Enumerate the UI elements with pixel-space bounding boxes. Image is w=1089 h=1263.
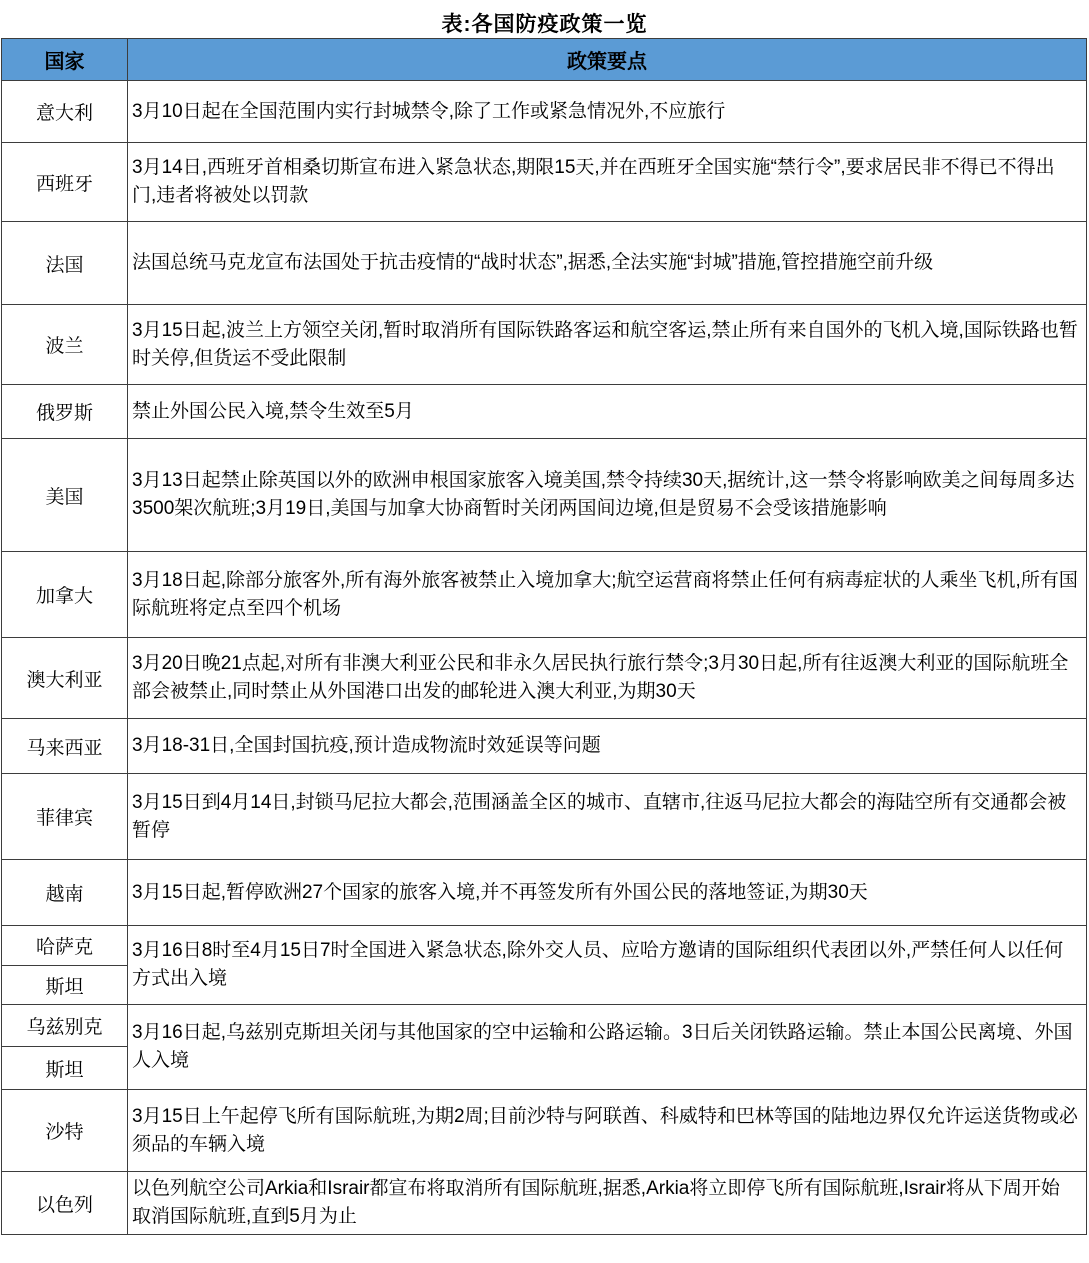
table-row: 法国法国总统马克龙宣布法国处于抗击疫情的“战时状态”,据悉,全法实施“封城”措施… <box>2 222 1087 305</box>
table-row: 以色列以色列航空公司Arkia和Israir都宣布将取消所有国际航班,据悉,Ar… <box>2 1172 1087 1235</box>
country-cell: 斯坦 <box>2 1047 128 1090</box>
country-cell: 越南 <box>2 860 128 926</box>
country-cell: 意大利 <box>2 81 128 143</box>
policy-cell: 3月15日到4月14日,封锁马尼拉大都会,范围涵盖全区的城市、直辖市,往返马尼拉… <box>128 774 1087 860</box>
policy-cell: 3月20日晚21点起,对所有非澳大利亚公民和非永久居民执行旅行禁令;3月30日起… <box>128 638 1087 719</box>
country-cell: 哈萨克 <box>2 926 128 966</box>
country-cell: 乌兹别克 <box>2 1005 128 1047</box>
table-row: 沙特3月15日上午起停飞所有国际航班,为期2周;目前沙特与阿联酋、科威特和巴林等… <box>2 1090 1087 1172</box>
policy-cell: 以色列航空公司Arkia和Israir都宣布将取消所有国际航班,据悉,Arkia… <box>128 1172 1087 1235</box>
country-cell: 法国 <box>2 222 128 305</box>
country-cell: 俄罗斯 <box>2 385 128 439</box>
table-row: 乌兹别克3月16日起,乌兹别克斯坦关闭与其他国家的空中运输和公路运输。3日后关闭… <box>2 1005 1087 1047</box>
table-row: 加拿大3月18日起,除部分旅客外,所有海外旅客被禁止入境加拿大;航空运营商将禁止… <box>2 552 1087 638</box>
table-row: 西班牙3月14日,西班牙首相桑切斯宣布进入紧急状态,期限15天,并在西班牙全国实… <box>2 143 1087 222</box>
page-title: 表:各国防疫政策一览 <box>0 0 1089 38</box>
header-row: 国家 政策要点 <box>2 39 1087 81</box>
table-row: 波兰3月15日起,波兰上方领空关闭,暂时取消所有国际铁路客运和航空客运,禁止所有… <box>2 305 1087 385</box>
table-row: 美国3月13日起禁止除英国以外的欧洲申根国家旅客入境美国,禁令持续30天,据统计… <box>2 439 1087 552</box>
header-country: 国家 <box>2 39 128 81</box>
table-body: 意大利3月10日起在全国范围内实行封城禁令,除了工作或紧急情况外,不应旅行西班牙… <box>2 81 1087 1235</box>
table-row: 菲律宾3月15日到4月14日,封锁马尼拉大都会,范围涵盖全区的城市、直辖市,往返… <box>2 774 1087 860</box>
policy-cell: 3月14日,西班牙首相桑切斯宣布进入紧急状态,期限15天,并在西班牙全国实施“禁… <box>128 143 1087 222</box>
policy-cell: 3月13日起禁止除英国以外的欧洲申根国家旅客入境美国,禁令持续30天,据统计,这… <box>128 439 1087 552</box>
policy-cell: 3月10日起在全国范围内实行封城禁令,除了工作或紧急情况外,不应旅行 <box>128 81 1087 143</box>
table-row: 意大利3月10日起在全国范围内实行封城禁令,除了工作或紧急情况外,不应旅行 <box>2 81 1087 143</box>
table-row: 澳大利亚3月20日晚21点起,对所有非澳大利亚公民和非永久居民执行旅行禁令;3月… <box>2 638 1087 719</box>
policy-cell: 禁止外国公民入境,禁令生效至5月 <box>128 385 1087 439</box>
country-cell: 波兰 <box>2 305 128 385</box>
policy-cell: 法国总统马克龙宣布法国处于抗击疫情的“战时状态”,据悉,全法实施“封城”措施,管… <box>128 222 1087 305</box>
country-cell: 斯坦 <box>2 966 128 1005</box>
table-row: 俄罗斯禁止外国公民入境,禁令生效至5月 <box>2 385 1087 439</box>
country-cell: 马来西亚 <box>2 719 128 774</box>
country-cell: 沙特 <box>2 1090 128 1172</box>
country-cell: 西班牙 <box>2 143 128 222</box>
country-cell: 以色列 <box>2 1172 128 1235</box>
policy-cell: 3月16日8时至4月15日7时全国进入紧急状态,除外交人员、应哈方邀请的国际组织… <box>128 926 1087 1005</box>
policy-cell: 3月18-31日,全国封国抗疫,预计造成物流时效延误等问题 <box>128 719 1087 774</box>
table-row: 马来西亚3月18-31日,全国封国抗疫,预计造成物流时效延误等问题 <box>2 719 1087 774</box>
table-row: 哈萨克3月16日8时至4月15日7时全国进入紧急状态,除外交人员、应哈方邀请的国… <box>2 926 1087 966</box>
policy-cell: 3月15日起,波兰上方领空关闭,暂时取消所有国际铁路客运和航空客运,禁止所有来自… <box>128 305 1087 385</box>
country-cell: 美国 <box>2 439 128 552</box>
header-policy: 政策要点 <box>128 39 1087 81</box>
country-cell: 澳大利亚 <box>2 638 128 719</box>
policy-cell: 3月15日上午起停飞所有国际航班,为期2周;目前沙特与阿联酋、科威特和巴林等国的… <box>128 1090 1087 1172</box>
policy-cell: 3月16日起,乌兹别克斯坦关闭与其他国家的空中运输和公路运输。3日后关闭铁路运输… <box>128 1005 1087 1090</box>
country-cell: 菲律宾 <box>2 774 128 860</box>
country-cell: 加拿大 <box>2 552 128 638</box>
policy-table: 国家 政策要点 意大利3月10日起在全国范围内实行封城禁令,除了工作或紧急情况外… <box>1 38 1087 1235</box>
policy-cell: 3月15日起,暂停欧洲27个国家的旅客入境,并不再签发所有外国公民的落地签证,为… <box>128 860 1087 926</box>
table-row: 越南3月15日起,暂停欧洲27个国家的旅客入境,并不再签发所有外国公民的落地签证… <box>2 860 1087 926</box>
policy-cell: 3月18日起,除部分旅客外,所有海外旅客被禁止入境加拿大;航空运营商将禁止任何有… <box>128 552 1087 638</box>
